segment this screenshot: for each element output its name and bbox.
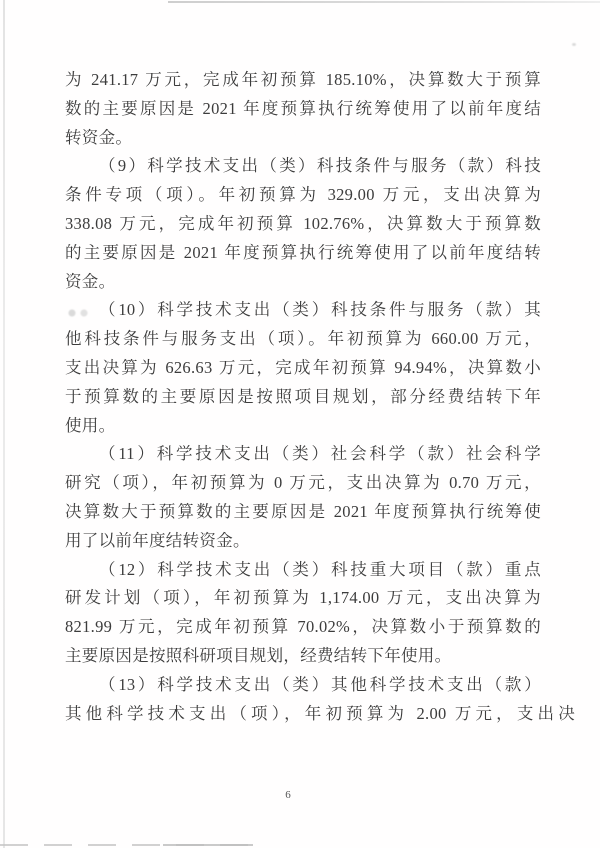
text-line: 821.99 万元，完成年初预算 70.02%，决算数小于预算数的: [65, 613, 541, 642]
paragraph-12: （12）科学技术支出（类）科技重大项目（款）重点 研发计划（项），年初预算为 1…: [65, 556, 541, 671]
text-line: （12）科学技术支出（类）科技重大项目（款）重点: [65, 556, 541, 585]
text-line: （11）科学技术支出（类）社会科学（款）社会科学: [65, 440, 541, 469]
text-line: 研究（项），年初预算为 0 万元，支出决算为 0.70 万元，: [65, 469, 541, 498]
text-line: 资金。: [65, 268, 541, 297]
text-line: 他科技条件与服务支出（项）。年初预算为 660.00 万元，: [65, 325, 541, 354]
scan-artifact-ghost-mark: [66, 307, 90, 319]
page-number: 6: [0, 789, 576, 801]
paragraph-11: （11）科学技术支出（类）社会科学（款）社会科学 研究（项），年初预算为 0 万…: [65, 440, 541, 555]
text-line: （10）科学技术支出（类）科技条件与服务（款）其: [65, 296, 541, 325]
text-line: 研发计划（项），年初预算为 1,174.00 万元，支出决算为: [65, 584, 541, 613]
text-line: 的主要原因是 2021 年度预算执行统筹使用了以前年度结转: [65, 239, 541, 268]
scan-artifact-top-line: [168, 1, 600, 3]
paragraph-10: （10）科学技术支出（类）科技条件与服务（款）其 他科技条件与服务支出（项）。年…: [65, 296, 541, 440]
text-line: 数的主要原因是 2021 年度预算执行统筹使用了以前年度结: [65, 95, 541, 124]
text-line: 使用。: [65, 412, 541, 441]
text-line: 其他科学技术支出（项），年初预算为 2.00 万元，支出决: [65, 700, 575, 729]
body-text: 为 241.17 万元，完成年初预算 185.10%，决算数大于预算 数的主要原…: [65, 66, 541, 728]
text-line: 为 241.17 万元，完成年初预算 185.10%，决算数大于预算: [65, 66, 541, 95]
scan-artifact-bottom-smudge-dark: [163, 844, 253, 846]
text-line: 主要原因是按照科研项目规划，经费结转下年使用。: [65, 642, 541, 671]
text-line: （9）科学技术支出（类）科技条件与服务（款）科技: [65, 152, 541, 181]
text-line: 用了以前年度结转资金。: [65, 527, 541, 556]
text-line: 条件专项（项）。年初预算为 329.00 万元，支出决算为: [65, 181, 541, 210]
text-line: 支出决算为 626.63 万元，完成年初预算 94.94%，决算数小: [65, 354, 541, 383]
scan-artifact-speck: [520, 252, 524, 255]
paragraph-8-continuation: 为 241.17 万元，完成年初预算 185.10%，决算数大于预算 数的主要原…: [65, 66, 541, 152]
text-line: （13）科学技术支出（类）其他科学技术支出（款）: [65, 671, 541, 700]
scan-artifact-speck: [572, 43, 576, 46]
text-line: 转资金。: [65, 124, 541, 153]
paragraph-13: （13）科学技术支出（类）其他科学技术支出（款） 其他科学技术支出（项），年初预…: [65, 671, 541, 729]
text-line: 于预算数的主要原因是按照项目规划，部分经费结转下年: [65, 383, 541, 412]
text-line: 决算数大于预算数的主要原因是 2021 年度预算执行统筹使: [65, 498, 541, 527]
paragraph-9: （9）科学技术支出（类）科技条件与服务（款）科技 条件专项（项）。年初预算为 3…: [65, 152, 541, 296]
text-line: 338.08 万元，完成年初预算 102.76%，决算数大于预算数: [65, 210, 541, 239]
scan-artifact-left-edge: [3, 0, 5, 848]
document-page: 为 241.17 万元，完成年初预算 185.10%，决算数大于预算 数的主要原…: [0, 0, 600, 848]
